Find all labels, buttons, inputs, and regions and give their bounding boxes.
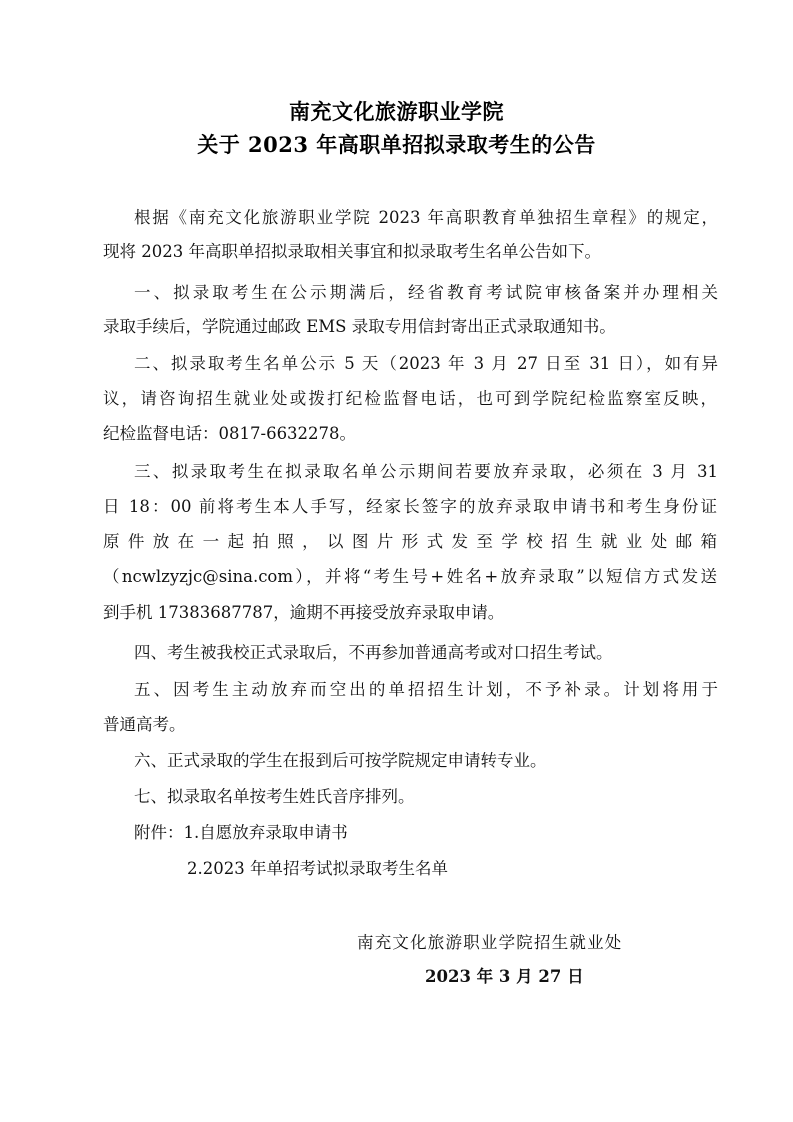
document-title-line1: 南充文化旅游职业学院 [0, 96, 793, 126]
item-4-line-1: 四、考生被我校正式录取后，不再参加普通高考或对口招生考试。 [134, 642, 613, 664]
document-page: 南充文化旅游职业学院 关于 2023 年高职单招拟录取考生的公告 根据《南充文化… [0, 0, 793, 1122]
signature-date: 2023 年 3 月 27 日 [425, 963, 584, 987]
item-6-line-1: 六、正式录取的学生在报到后可按学院规定申请转专业。 [134, 750, 547, 772]
item-3-line-5-mobile: 到手机 17383687787，逾期不再接受放弃录取申请。 [103, 602, 504, 624]
intro-line-2: 现将 2023 年高职单招拟录取相关事宜和拟录取考生名单公告如下。 [103, 241, 601, 263]
item-1-line-2: 录取手续后，学院通过邮政 EMS 录取专用信封寄出正式录取通知书。 [103, 316, 616, 338]
item-5-line-1: 五、因考生主动放弃而空出的单招招生计划，不予补录。计划将用于 [134, 679, 718, 701]
document-title-line2: 关于 2023 年高职单招拟录取考生的公告 [0, 129, 793, 159]
item-3-line-1: 三、拟录取考生在拟录取名单公示期间若要放弃录取，必须在 3 月 31 [134, 461, 718, 483]
item-7-line-1: 七、拟录取名单按考生姓氏音序排列。 [134, 786, 415, 808]
item-5-line-2: 普通高考。 [103, 714, 186, 736]
attachment-1: 附件：1.自愿放弃录取申请书 [134, 822, 348, 844]
signature-office: 南充文化旅游职业学院招生就业处 [357, 929, 623, 953]
item-3-line-3: 原 件 放 在 一 起 拍 照 ， 以 图 片 形 式 发 至 学 校 招 生 … [103, 531, 717, 553]
item-2-line-1: 二、拟录取考生名单公示 5 天（2023 年 3 月 27 日至 31 日），如… [134, 353, 718, 375]
attachment-2: 2.2023 年单招考试拟录取考生名单 [187, 858, 448, 880]
item-3-line-4-email: （ncwlzyzjc@sina.com），并将“考生号+姓名+放弃录取”以短信方… [103, 566, 717, 588]
intro-line-1: 根据《南充文化旅游职业学院 2023 年高职教育单独招生章程》的规定， [134, 207, 718, 229]
item-3-line-2: 日 18：00 前将考生本人手写，经家长签字的放弃录取申请书和考生身份证 [103, 496, 717, 518]
item-2-line-2: 议，请咨询招生就业处或拨打纪检监督电话，也可到学院纪检监察室反映， [103, 388, 717, 410]
item-2-line-3: 纪检监督电话：0817-6632278。 [103, 423, 356, 445]
item-1-line-1: 一、拟录取考生在公示期满后，经省教育考试院审核备案并办理相关 [134, 282, 718, 304]
